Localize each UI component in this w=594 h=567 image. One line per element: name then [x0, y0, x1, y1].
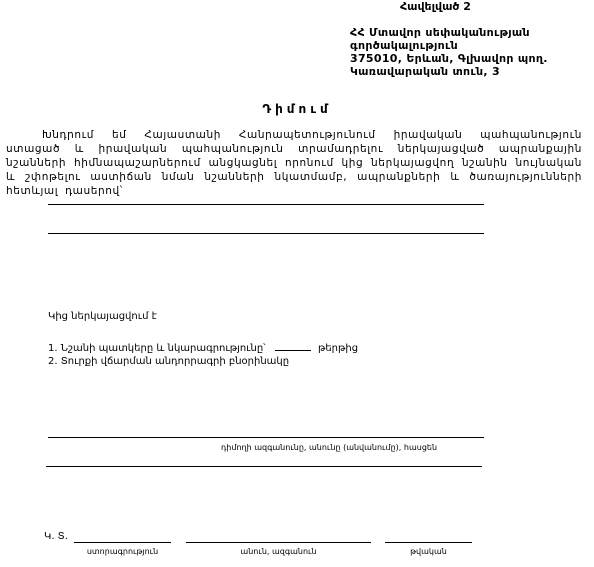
- applicant-input-line-1[interactable]: [48, 437, 484, 438]
- recipient-line-2: գործակալություն: [350, 39, 548, 52]
- attachment-item-1: 1. Նշանի պատկերը և նկարագրությունը՝ թերթ…: [48, 341, 358, 354]
- attachment-item-1-suffix: թերթից: [318, 343, 358, 354]
- request-text: Խնդրում եմ Հայաստանի Հանրապետությունում …: [6, 128, 582, 198]
- attachment-item-2-label: 2. Տուրքի վճարման անդորրագրի բնօրինակը: [48, 356, 289, 367]
- sheet-count-field[interactable]: [275, 341, 311, 351]
- document-title: Դիմում: [0, 102, 594, 116]
- signature-line[interactable]: [74, 542, 171, 543]
- applicant-input-line-2[interactable]: [46, 466, 482, 467]
- attachment-item-1-label: 1. Նշանի պատկերը և նկարագրությունը՝: [48, 343, 266, 354]
- applicant-caption: դիմողի ազգանունը, անունը (անվանումը), հա…: [221, 443, 437, 452]
- request-paragraph: Խնդրում եմ Հայաստանի Հանրապետությունում …: [6, 128, 582, 198]
- name-line[interactable]: [186, 542, 371, 543]
- name-caption: անուն, ազգանուն: [186, 547, 371, 556]
- recipient-address: ՀՀ Մտավոր սեփականության գործակալություն …: [350, 26, 548, 78]
- annex-label: Հավելված 2: [400, 0, 471, 13]
- recipient-line-4: Կառավարական տուն, 3: [350, 65, 548, 78]
- classes-input-line-1[interactable]: [48, 204, 484, 205]
- attachments-heading: Կից ներկայացվում է: [48, 311, 157, 322]
- date-line[interactable]: [385, 542, 472, 543]
- seal-label: Կ. Տ.: [44, 531, 68, 542]
- date-caption: թվական: [385, 547, 472, 556]
- recipient-line-3: 375010, Երևան, Գլխավոր պող.: [350, 52, 548, 65]
- classes-input-line-2[interactable]: [48, 233, 484, 234]
- recipient-line-1: ՀՀ Մտավոր սեփականության: [350, 26, 548, 39]
- attachment-item-2: 2. Տուրքի վճարման անդորրագրի բնօրինակը: [48, 356, 289, 367]
- signature-caption: ստորագրություն: [74, 547, 171, 556]
